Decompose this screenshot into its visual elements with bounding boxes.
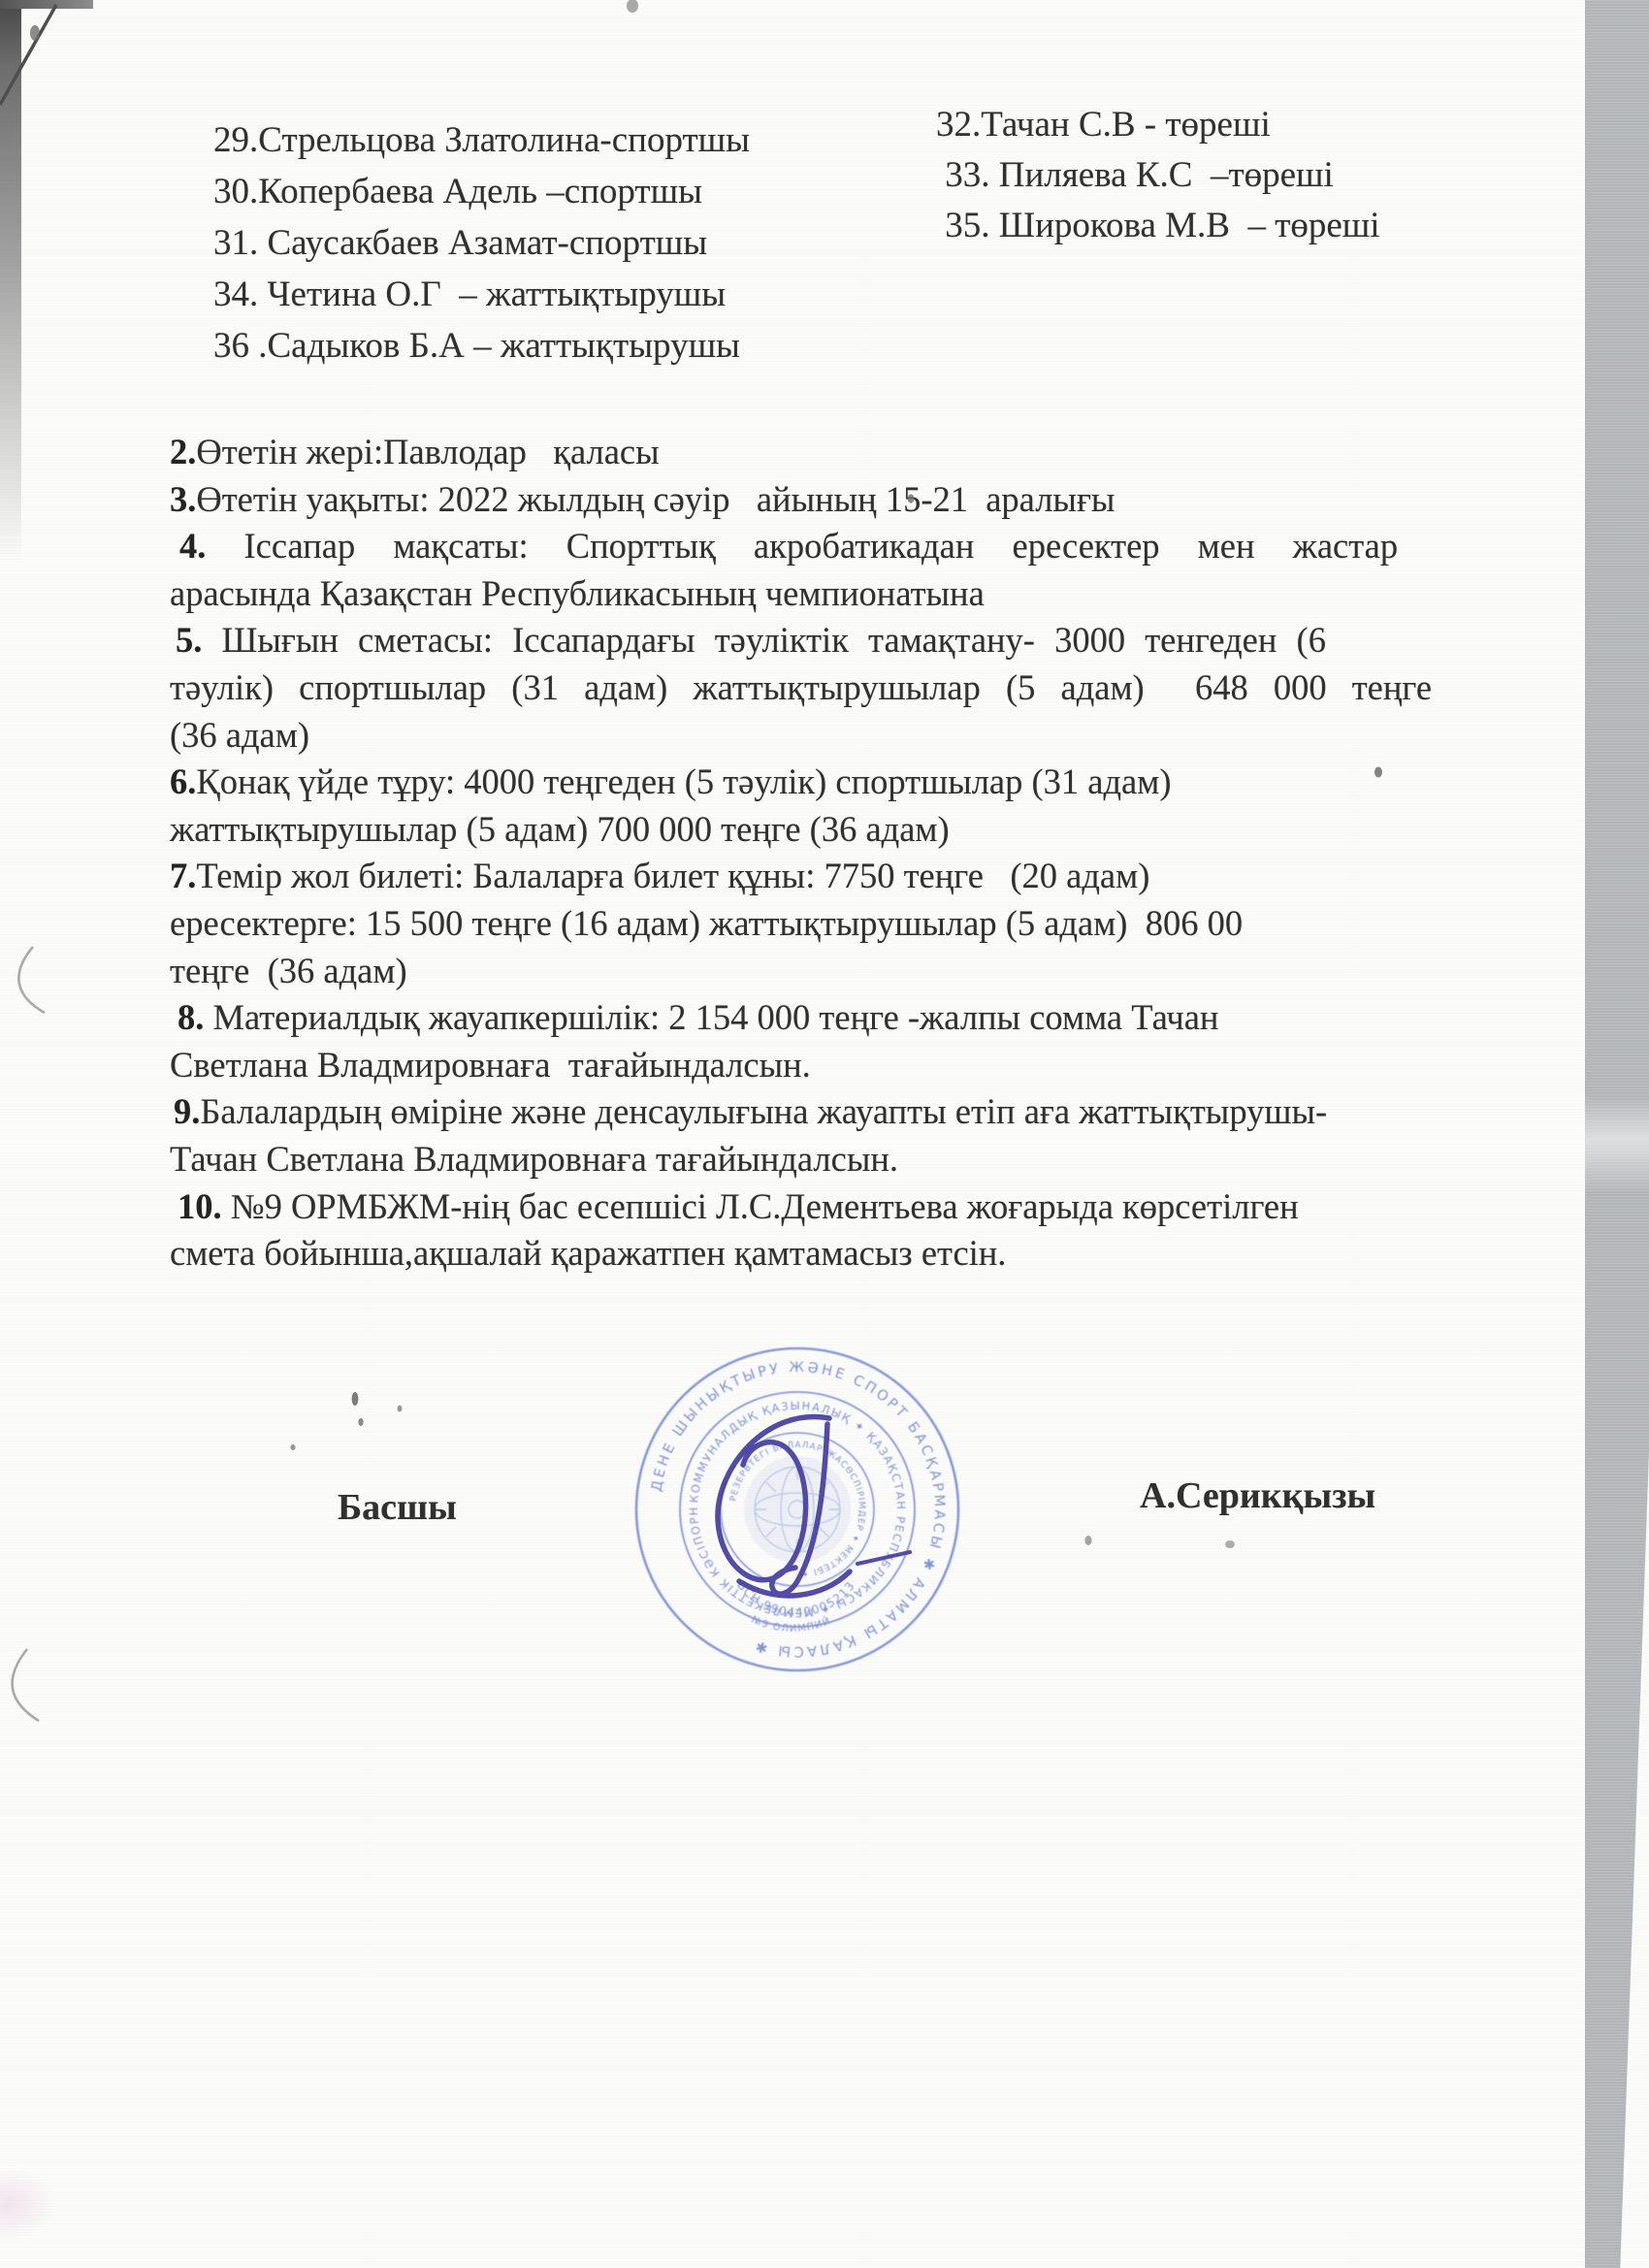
stamp-inner-circle bbox=[721, 1433, 874, 1586]
svg-text:№9 ОЛИМПИЙ: №9 ОЛИМПИЙ bbox=[750, 1614, 833, 1635]
participant-line: 36 .Садыков Б.А – жаттықтырушы bbox=[213, 320, 750, 372]
body-line: 2.Өтетін жері:Павлодар қаласы bbox=[170, 429, 1528, 476]
stamp-outer-circle bbox=[636, 1348, 958, 1670]
body-line: арасында Қазақстан Республикасының чемпи… bbox=[170, 570, 1528, 618]
body-line: Светлана Владмировнаға тағайындалсын. bbox=[170, 1042, 1528, 1089]
participant-line: 35. Широкова М.В – төреші bbox=[936, 201, 1380, 251]
body-line: 3.Өтетін уақыты: 2022 жылдың сәуір айыны… bbox=[170, 476, 1528, 524]
page-curl-marks bbox=[13, 947, 45, 1721]
scanner-edge-left bbox=[0, 0, 21, 563]
scanner-edge-right bbox=[1585, 0, 1649, 2268]
stamp-emblem bbox=[755, 1465, 840, 1554]
body-text: 2.Өтетін жері:Павлодар қаласы3.Өтетін уа… bbox=[170, 429, 1528, 1278]
body-line: тәулік) спортшылар (31 адам) жаттықтыруш… bbox=[170, 664, 1528, 712]
body-line: 7.Темір жол билеті: Балаларға билет құны… bbox=[170, 853, 1528, 900]
scanner-edge-top bbox=[0, 0, 93, 9]
participant-line: 30.Копербаева Адель –спортшы bbox=[213, 166, 750, 217]
participant-line: 34. Четина О.Г – жаттықтырушы bbox=[213, 269, 750, 320]
participants-column-left: 29.Стрельцова Златолина-спортшы30.Коперб… bbox=[213, 114, 750, 372]
svg-text:ДЕНЕ ШЫНЫҚТЫРУ ЖӘНЕ СПОРТ БАСҚ: ДЕНЕ ШЫНЫҚТЫРУ ЖӘНЕ СПОРТ БАСҚАРМАСЫ ✱ А… bbox=[649, 1360, 947, 1659]
signature-title: Басшы bbox=[338, 1486, 457, 1529]
body-line: 10. №9 ОРМБЖМ-нің бас есепшісі Л.С.Демен… bbox=[170, 1183, 1528, 1231]
scanned-document: 29.Стрельцова Златолина-спортшы30.Коперб… bbox=[0, 0, 1649, 2268]
body-line: 6.Қонақ үйде тұру: 4000 теңгеден (5 тәул… bbox=[170, 759, 1528, 806]
ink-speck bbox=[627, 0, 638, 13]
body-line: ересектерге: 15 500 теңге (16 адам) жатт… bbox=[170, 900, 1528, 948]
participant-line: 29.Стрельцова Златолина-спортшы bbox=[213, 114, 750, 166]
body-line: (36 адам) bbox=[170, 712, 1528, 760]
body-line: Тачан Светлана Владмировнаға тағайындалс… bbox=[170, 1136, 1528, 1183]
stamp-ring-text-outer: ДЕНЕ ШЫНЫҚТЫРУ ЖӘНЕ СПОРТ БАСҚАРМАСЫ ✱ А… bbox=[649, 1360, 947, 1659]
svg-text:РЕЗЕРВТЕГІ БАЛАЛАР-ЖАСӨСПІРІМД: РЕЗЕРВТЕГІ БАЛАЛАР-ЖАСӨСПІРІМДЕР ✦ МЕКТЕ… bbox=[729, 1441, 867, 1578]
body-line: 4. Іссапар мақсаты: Спорттық акробатикад… bbox=[170, 523, 1528, 570]
body-line: смета бойынша,ақшалай қаражатпен қамтама… bbox=[170, 1230, 1528, 1278]
body-line: жаттықтырушылар (5 адам) 700 000 теңге (… bbox=[170, 806, 1528, 854]
participant-line: 32.Тачан С.В - төреші bbox=[936, 100, 1380, 150]
stamp-bsn-number: БСН 990440005213 bbox=[734, 1578, 857, 1619]
stamp-middle-circle bbox=[680, 1392, 915, 1627]
body-line: 8. Материалдық жауапкершілік: 2 154 000 … bbox=[170, 994, 1528, 1042]
participants-column-right: 32.Тачан С.В - төреші 33. Пиляева К.С –т… bbox=[936, 100, 1380, 251]
signature-ink bbox=[718, 1417, 910, 1596]
scan-artifact-blob bbox=[0, 2169, 54, 2239]
body-line: 5. Шығын сметасы: Іссапардағы тәуліктік … bbox=[170, 617, 1528, 664]
stamp-ring-text-inner: РЕЗЕРВТЕГІ БАЛАЛАР-ЖАСӨСПІРІМДЕР ✦ МЕКТЕ… bbox=[729, 1441, 867, 1578]
body-line: теңге (36 адам) bbox=[170, 948, 1528, 995]
participant-line: 33. Пиляева К.С –төреші bbox=[936, 150, 1380, 201]
body-line: 9.Балалардың өміріне және денсаулығына ж… bbox=[170, 1088, 1528, 1136]
participant-line: 31. Саусакбаев Азамат-спортшы bbox=[213, 217, 750, 269]
svg-text:БСН 990440005213: БСН 990440005213 bbox=[734, 1578, 857, 1619]
stamp-center-line: №9 ОЛИМПИЙ bbox=[750, 1614, 833, 1635]
signature-name: А.Серикқызы bbox=[1140, 1474, 1375, 1517]
